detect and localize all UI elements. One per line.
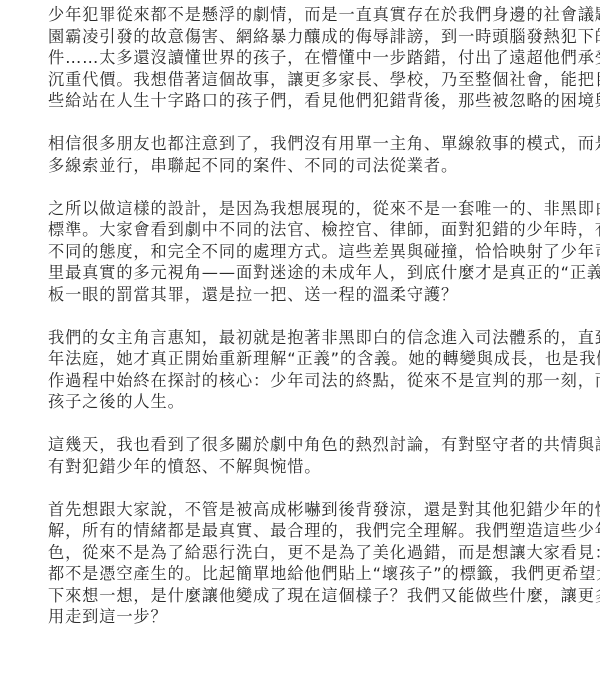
text-line: 些給站在人生十字路口的孩子們，看見他們犯錯背後，那些被忽略的困境與無助。 bbox=[48, 90, 592, 112]
text-line: 年法庭，她才真正開始重新理解“正義”的含義。她的轉變與成長，也是我們整個創 bbox=[48, 348, 592, 370]
text-line: 解，所有的情緒都是最真實、最合理的，我們完全理解。我們塑造這些少年犯的角 bbox=[48, 520, 592, 542]
text-line: 色，從來不是為了給惡行洗白，更不是為了美化過錯，而是想讓大家看見：惡從來 bbox=[48, 542, 592, 564]
text-line: 件……太多還沒讀懂世界的孩子，在懵懂中一步踏錯，付出了遠超他們承受能力的 bbox=[48, 47, 592, 69]
text-line: 標準。大家會看到劇中不同的法官、檢控官、律師，面對犯錯的少年時，有著截然 bbox=[48, 219, 592, 241]
text-line: 下來想一想，是什麼讓他變成了現在這個樣子？我們又能做些什麼，讓更多孩子不 bbox=[48, 585, 592, 607]
text-line: 有對犯錯少年的憤怒、不解與惋惜。 bbox=[48, 456, 592, 478]
text-line: 園霸凌引發的故意傷害、網絡暴力釀成的侮辱誹謗，到一時頭腦發熱犯下的惡性案 bbox=[48, 26, 592, 48]
article-body: 少年犯罪從來都不是懸浮的劇情，而是一直真實存在於我們身邊的社會議題。從校 園霸凌… bbox=[48, 4, 592, 649]
text-line: 相信很多朋友也都注意到了，我們沒有用單一主角、單線敘事的模式，而是選擇了 bbox=[48, 133, 592, 155]
paragraph-discussion: 這幾天，我也看到了很多關於劇中角色的熱烈討論，有對堅守者的共情與認可，也 有對犯… bbox=[48, 434, 592, 477]
text-line: 板一眼的罰當其罪，還是拉一把、送一程的溫柔守護？ bbox=[48, 284, 592, 306]
text-line: 首先想跟大家說，不管是被高成彬嚇到後背發涼，還是對其他犯錯少年的惋惜、不 bbox=[48, 499, 592, 521]
paragraph-closing: 首先想跟大家說，不管是被高成彬嚇到後背發涼，還是對其他犯錯少年的惋惜、不 解，所… bbox=[48, 499, 592, 628]
text-line: 沉重代價。我想借著這個故事，讓更多家長、學校，乃至整個社會，能把目光多分 bbox=[48, 69, 592, 91]
text-line: 多線索並行，串聯起不同的案件、不同的司法從業者。 bbox=[48, 155, 592, 177]
text-line: 都不是憑空產生的。比起簡單地給他們貼上“壞孩子”的標籤，我們更希望大家能停 bbox=[48, 563, 592, 585]
text-line: 孩子之後的人生。 bbox=[48, 391, 592, 413]
paragraph-multi-line-narrative: 相信很多朋友也都注意到了，我們沒有用單一主角、單線敘事的模式，而是選擇了 多線索… bbox=[48, 133, 592, 176]
text-line: 里最真實的多元視角——面對迷途的未成年人，到底什麼才是真正的“正義”？是一 bbox=[48, 262, 592, 284]
text-line: 我們的女主角言惠知，最初就是抱著非黑即白的信念進入司法體系的，直到來到少 bbox=[48, 327, 592, 349]
text-line: 不同的態度，和完全不同的處理方式。這些差異與碰撞，恰恰映射了少年司法體系 bbox=[48, 241, 592, 263]
paragraph-heroine: 我們的女主角言惠知，最初就是抱著非黑即白的信念進入司法體系的，直到來到少 年法庭… bbox=[48, 327, 592, 413]
text-line: 少年犯罪從來都不是懸浮的劇情，而是一直真實存在於我們身邊的社會議題。從校 bbox=[48, 4, 592, 26]
text-line: 之所以做這樣的設計，是因為我想展現的，從來不是一套唯一的、非黑即白的正義 bbox=[48, 198, 592, 220]
paragraph-design-reason: 之所以做這樣的設計，是因為我想展現的，從來不是一套唯一的、非黑即白的正義 標準。… bbox=[48, 198, 592, 306]
text-line: 作過程中始終在探討的核心：少年司法的終點，從來不是宣判的那一刻，而是這些 bbox=[48, 370, 592, 392]
paragraph-intro: 少年犯罪從來都不是懸浮的劇情，而是一直真實存在於我們身邊的社會議題。從校 園霸凌… bbox=[48, 4, 592, 112]
text-line: 這幾天，我也看到了很多關於劇中角色的熱烈討論，有對堅守者的共情與認可，也 bbox=[48, 434, 592, 456]
text-line: 用走到這一步？ bbox=[48, 606, 592, 628]
